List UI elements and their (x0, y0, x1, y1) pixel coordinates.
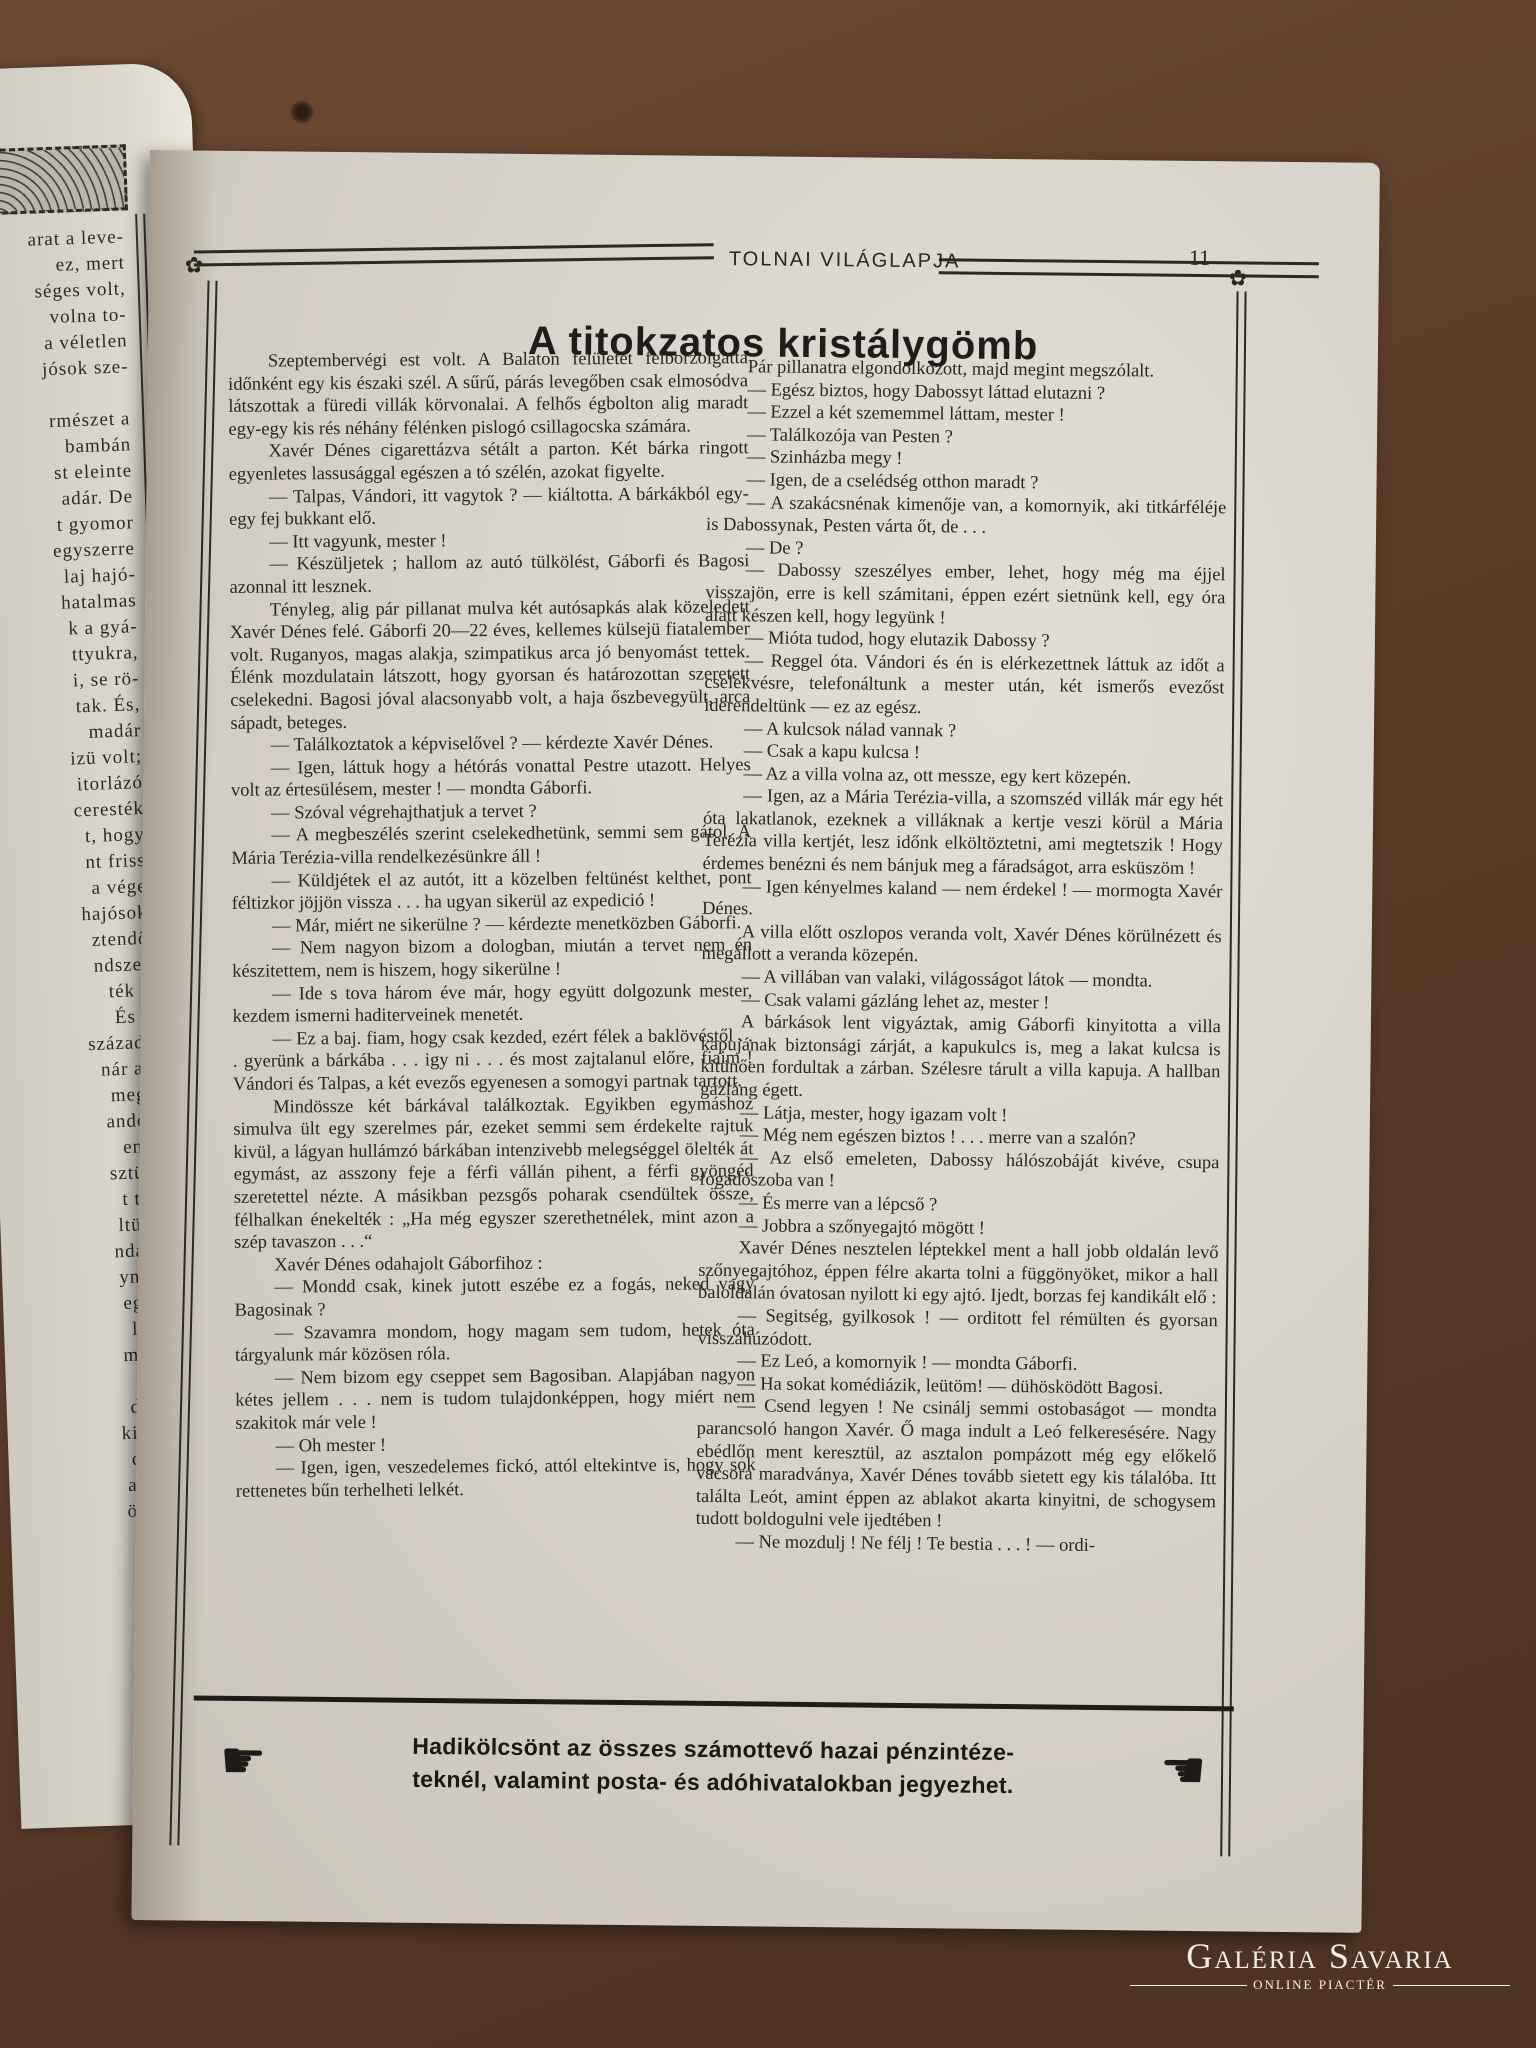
pointing-hand-right-icon: ☛ (193, 1731, 294, 1792)
decorative-banner (0, 144, 128, 216)
page-frame-left (169, 281, 217, 1846)
article-paragraph: — Segitség, gyilkosok ! — orditott fel r… (697, 1305, 1217, 1356)
article-paragraph: — Talpas, Vándori, itt vagytok ? — kiált… (229, 483, 749, 532)
article-paragraph: — Ide s tova három éve már, hogy együtt … (232, 980, 752, 1029)
flower-ornament-icon: ✿ (1229, 265, 1248, 291)
article-paragraph: — Ne mozdulj ! Ne félj ! Te bestia . . .… (695, 1531, 1215, 1559)
left-page-line: jósok sze- (0, 354, 129, 385)
table-screw (290, 100, 314, 124)
article-paragraph: — Mondd csak, kinek jutott eszébe ez a f… (234, 1274, 754, 1323)
article-paragraph: — Találkoztatok a képviselővel ? — kérde… (231, 731, 751, 757)
header-ornament-rule-right (939, 258, 1319, 278)
article-paragraph: Xavér Dénes nesztelen léptekkel ment a h… (698, 1237, 1219, 1310)
magazine-page: TOLNAI VILÁGLAPJA 11 ✿ ✿ A titokzatos kr… (131, 150, 1379, 1933)
article-paragraph: A bárkások lent vigyáztak, amig Gáborfi … (700, 1011, 1221, 1107)
watermark-subtitle: ONLINE PIACTÉR (1130, 1977, 1510, 1993)
article-paragraph: — Reggel óta. Vándori és én is elérkezet… (704, 650, 1225, 723)
article-paragraph: Xavér Dénes cigarettázva sétált a parton… (229, 438, 749, 487)
advertisement-text: Hadikölcsönt az összes számottevő hazai … (293, 1729, 1134, 1804)
article-paragraph: — Igen, igen, veszedelemes fickó, attól … (236, 1454, 756, 1503)
article-paragraph: — Küldjétek el az autót, itt a közelben … (232, 867, 752, 916)
article-paragraph: — Igen, láttuk hogy a hétórás vonattal P… (231, 754, 751, 803)
article-paragraph: — A szakácsnénak kimenője van, a komorny… (706, 491, 1226, 542)
watermark: Galéria Savaria ONLINE PIACTÉR (1130, 1935, 1510, 1993)
pointing-hand-left-icon: ☚ (1133, 1740, 1234, 1801)
war-loan-advertisement: ☛ Hadikölcsönt az összes számottevő haza… (193, 1716, 1234, 1817)
article-paragraph: A villa előtt oszlopos veranda volt, Xav… (701, 921, 1221, 972)
article-column-right: Pár pillanatra elgondolkozott, majd megi… (695, 356, 1228, 1559)
article-paragraph: — Igen kényelmes kaland — nem érdekel ! … (702, 875, 1222, 926)
article-paragraph: — Nem nagyon bizom a dologban, miután a … (232, 935, 752, 984)
article-paragraph: — Szavamra mondom, hogy magam sem tudom,… (235, 1319, 755, 1368)
masthead: TOLNAI VILÁGLAPJA (729, 248, 961, 273)
article-paragraph: Mindössze két bárkával találkoztak. Egyi… (233, 1093, 754, 1255)
header-ornament-rule-left (194, 243, 714, 266)
article-paragraph: — Dabossy szeszélyes ember, lehet, hogy … (705, 559, 1226, 632)
article-paragraph: Szeptembervégi est volt. A Balaton felül… (228, 347, 749, 441)
article-paragraph: — Csend legyen ! Ne csinálj semmi ostoba… (696, 1395, 1217, 1536)
article-paragraph: — Készüljetek ; hallom az autó tülkölést… (229, 551, 749, 600)
article-paragraph: — Igen, az a Mária Terézia-villa, a szom… (702, 785, 1223, 881)
article-paragraph: — A megbeszélés szerint cselekedhetünk, … (231, 822, 751, 871)
article-paragraph: — Nem bizom egy cseppet sem Bagosiban. A… (235, 1364, 755, 1435)
bottom-divider (194, 1696, 1234, 1712)
article-paragraph: Tényleg, alig pár pillanat mulva két aut… (230, 596, 751, 735)
page-number: 11 (1189, 245, 1210, 271)
article-column-left: Szeptembervégi est volt. A Balaton felül… (228, 347, 756, 1503)
article-paragraph: — Az első emeleten, Dabossy hálószobáját… (699, 1147, 1219, 1198)
watermark-name: Galéria Savaria (1130, 1935, 1510, 1977)
flower-ornament-icon: ✿ (185, 252, 204, 278)
article-paragraph: — Ez a baj. fiam, hogy csak kezded, ezér… (233, 1025, 753, 1096)
